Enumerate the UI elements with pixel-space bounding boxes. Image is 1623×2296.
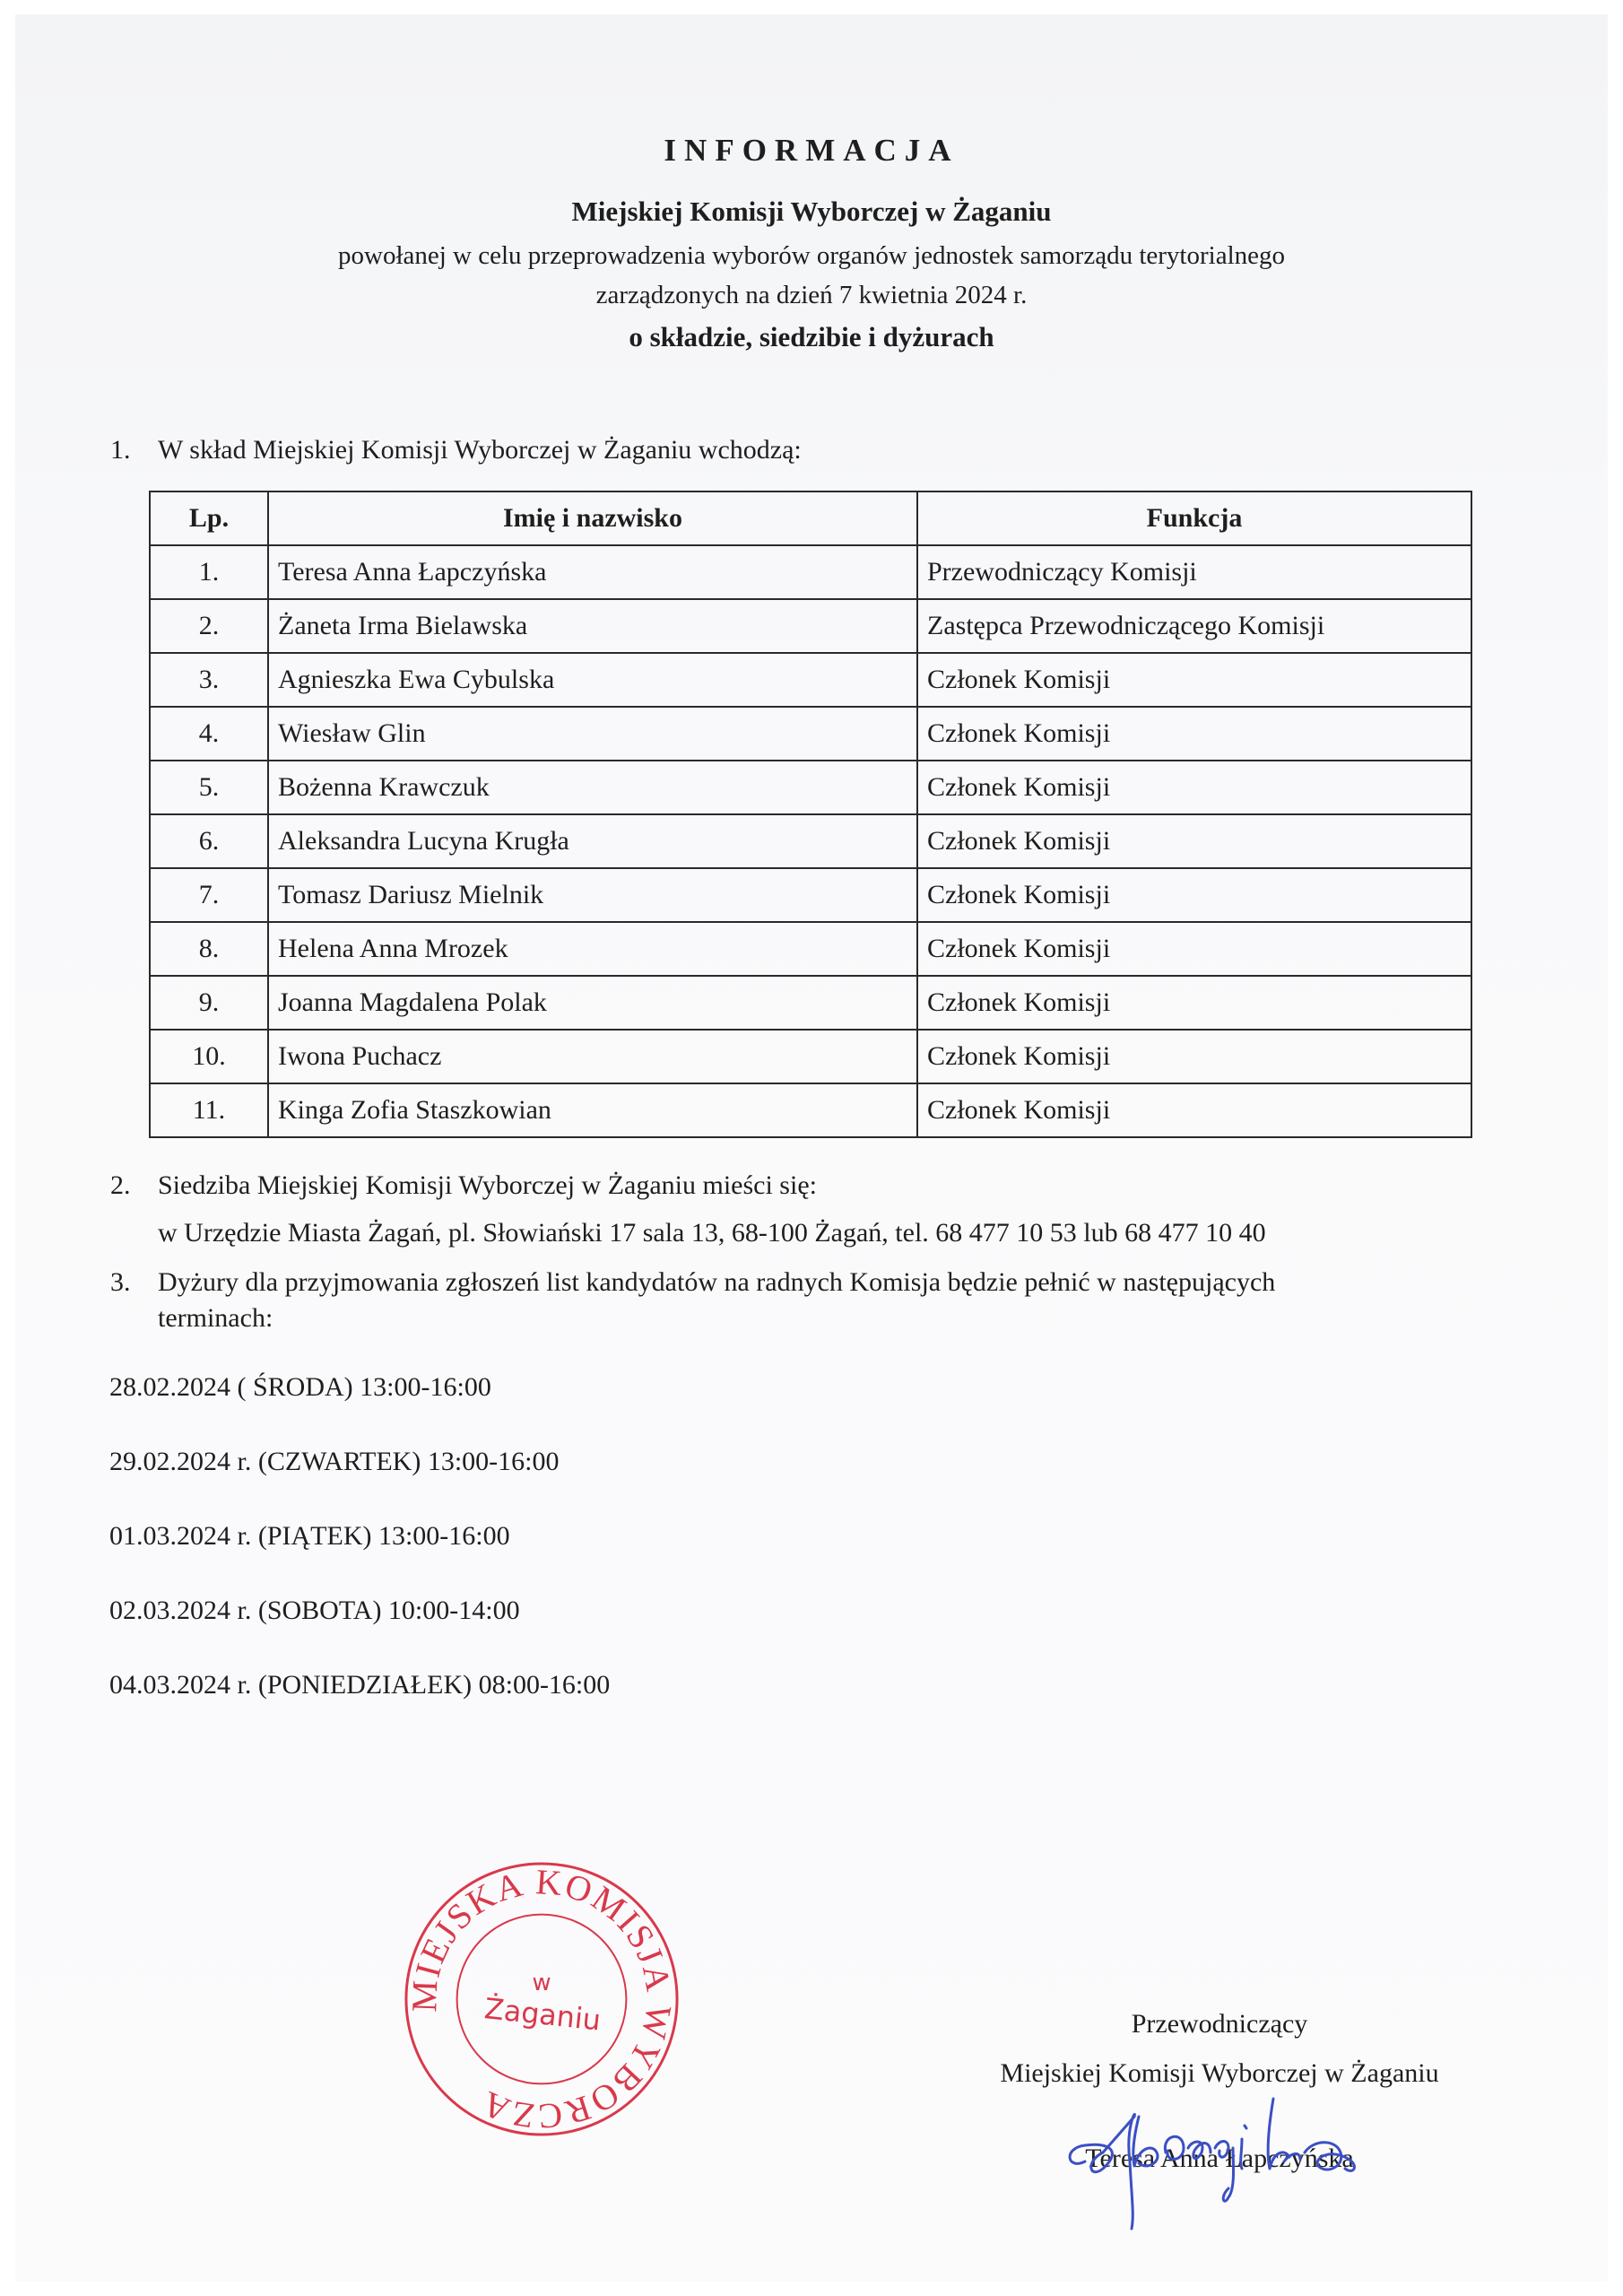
member-function: Przewodniczący Komisji [917,545,1471,599]
member-name: Kinga Zofia Staszkowian [268,1083,917,1137]
member-name: Helena Anna Mrozek [268,922,917,976]
member-function: Członek Komisji [917,1083,1471,1137]
member-name: Żaneta Irma Bielawska [268,599,917,653]
table-row: 4.Wiesław GlinCzłonek Komisji [150,707,1471,761]
table-row: 8.Helena Anna MrozekCzłonek Komisji [150,922,1471,976]
section-2-heading: 2.Siedziba Miejskiej Komisji Wyborczej w… [110,1170,817,1201]
schedule-item: 28.02.2024 ( ŚRODA) 13:00-16:00 [109,1372,491,1403]
header-function: Funkcja [917,491,1471,545]
member-lp: 11. [150,1083,268,1137]
official-stamp: MIEJSKA KOMISJA WYBORCZA w Żaganiu [399,1857,684,2142]
section-2-number: 2. [110,1170,158,1201]
member-function: Członek Komisji [917,922,1471,976]
member-lp: 2. [150,599,268,653]
members-table: Lp. Imię i nazwisko Funkcja 1.Teresa Ann… [149,491,1472,1138]
table-row: 10.Iwona PuchaczCzłonek Komisji [150,1030,1471,1083]
member-name: Joanna Magdalena Polak [268,976,917,1030]
member-name: Wiesław Glin [268,707,917,761]
member-name: Teresa Anna Łapczyńska [268,545,917,599]
schedule-item: 04.03.2024 r. (PONIEDZIAŁEK) 08:00-16:00 [109,1670,610,1700]
member-name: Iwona Puchacz [268,1030,917,1083]
table-row: 11.Kinga Zofia StaszkowianCzłonek Komisj… [150,1083,1471,1137]
header-name: Imię i nazwisko [268,491,917,545]
section-1-text: W skład Miejskiej Komisji Wyborczej w Ża… [158,435,802,465]
section-3-number: 3. [110,1267,158,1298]
scanned-page [15,14,1608,2282]
table-row: 3.Agnieszka Ewa CybulskaCzłonek Komisji [150,653,1471,707]
section-1-number: 1. [110,435,158,465]
committee-name: Miejskiej Komisji Wyborczej w Żaganiu [0,196,1623,228]
member-name: Bożenna Krawczuk [268,761,917,814]
table-row: 9.Joanna Magdalena PolakCzłonek Komisji [150,976,1471,1030]
member-function: Członek Komisji [917,707,1471,761]
section-3-text: Dyżury dla przyjmowania zgłoszeń list ka… [158,1267,1275,1297]
signatory-title: Przewodniczący [933,2009,1506,2039]
schedule-item: 29.02.2024 r. (CZWARTEK) 13:00-16:00 [109,1447,560,1477]
member-lp: 9. [150,976,268,1030]
member-name: Tomasz Dariusz Mielnik [268,868,917,922]
member-function: Członek Komisji [917,976,1471,1030]
document-title: INFORMACJA [0,133,1623,169]
election-date-line: zarządzonych na dzień 7 kwietnia 2024 r. [0,281,1623,310]
committee-purpose: powołanej w celu przeprowadzenia wyborów… [0,241,1623,271]
section-2-text: Siedziba Miejskiej Komisji Wyborczej w Ż… [158,1170,817,1200]
member-lp: 7. [150,868,268,922]
member-name: Agnieszka Ewa Cybulska [268,653,917,707]
member-lp: 8. [150,922,268,976]
section-3-text-cont: terminach: [158,1303,273,1334]
committee-address: w Urzędzie Miasta Żagań, pl. Słowiański … [158,1218,1266,1248]
document-subject: o składzie, siedzibie i dyżurach [0,321,1623,353]
schedule-item: 02.03.2024 r. (SOBOTA) 10:00-14:00 [109,1596,520,1626]
section-3-heading: 3.Dyżury dla przyjmowania zgłoszeń list … [110,1267,1275,1298]
stamp-center-w: w [532,1970,551,1996]
member-lp: 1. [150,545,268,599]
member-lp: 10. [150,1030,268,1083]
member-function: Członek Komisji [917,868,1471,922]
member-lp: 3. [150,653,268,707]
schedule-item: 01.03.2024 r. (PIĄTEK) 13:00-16:00 [109,1521,510,1552]
table-row: 6.Aleksandra Lucyna KrugłaCzłonek Komisj… [150,814,1471,868]
member-function: Członek Komisji [917,1030,1471,1083]
member-name: Aleksandra Lucyna Krugła [268,814,917,868]
table-row: 1.Teresa Anna ŁapczyńskaPrzewodniczący K… [150,545,1471,599]
member-function: Członek Komisji [917,814,1471,868]
table-row: 2.Żaneta Irma BielawskaZastępca Przewodn… [150,599,1471,653]
header-lp: Lp. [150,491,268,545]
member-function: Członek Komisji [917,761,1471,814]
section-1-heading: 1.W skład Miejskiej Komisji Wyborczej w … [110,435,802,465]
member-function: Zastępca Przewodniczącego Komisji [917,599,1471,653]
stamp-center-city: Żaganiu [482,1991,602,2037]
members-table-body: 1.Teresa Anna ŁapczyńskaPrzewodniczący K… [150,545,1471,1137]
table-row: 7.Tomasz Dariusz MielnikCzłonek Komisji [150,868,1471,922]
member-lp: 6. [150,814,268,868]
table-header-row: Lp. Imię i nazwisko Funkcja [150,491,1471,545]
member-lp: 5. [150,761,268,814]
handwritten-signature [1049,2063,1390,2233]
member-function: Członek Komisji [917,653,1471,707]
table-row: 5.Bożenna KrawczukCzłonek Komisji [150,761,1471,814]
member-lp: 4. [150,707,268,761]
